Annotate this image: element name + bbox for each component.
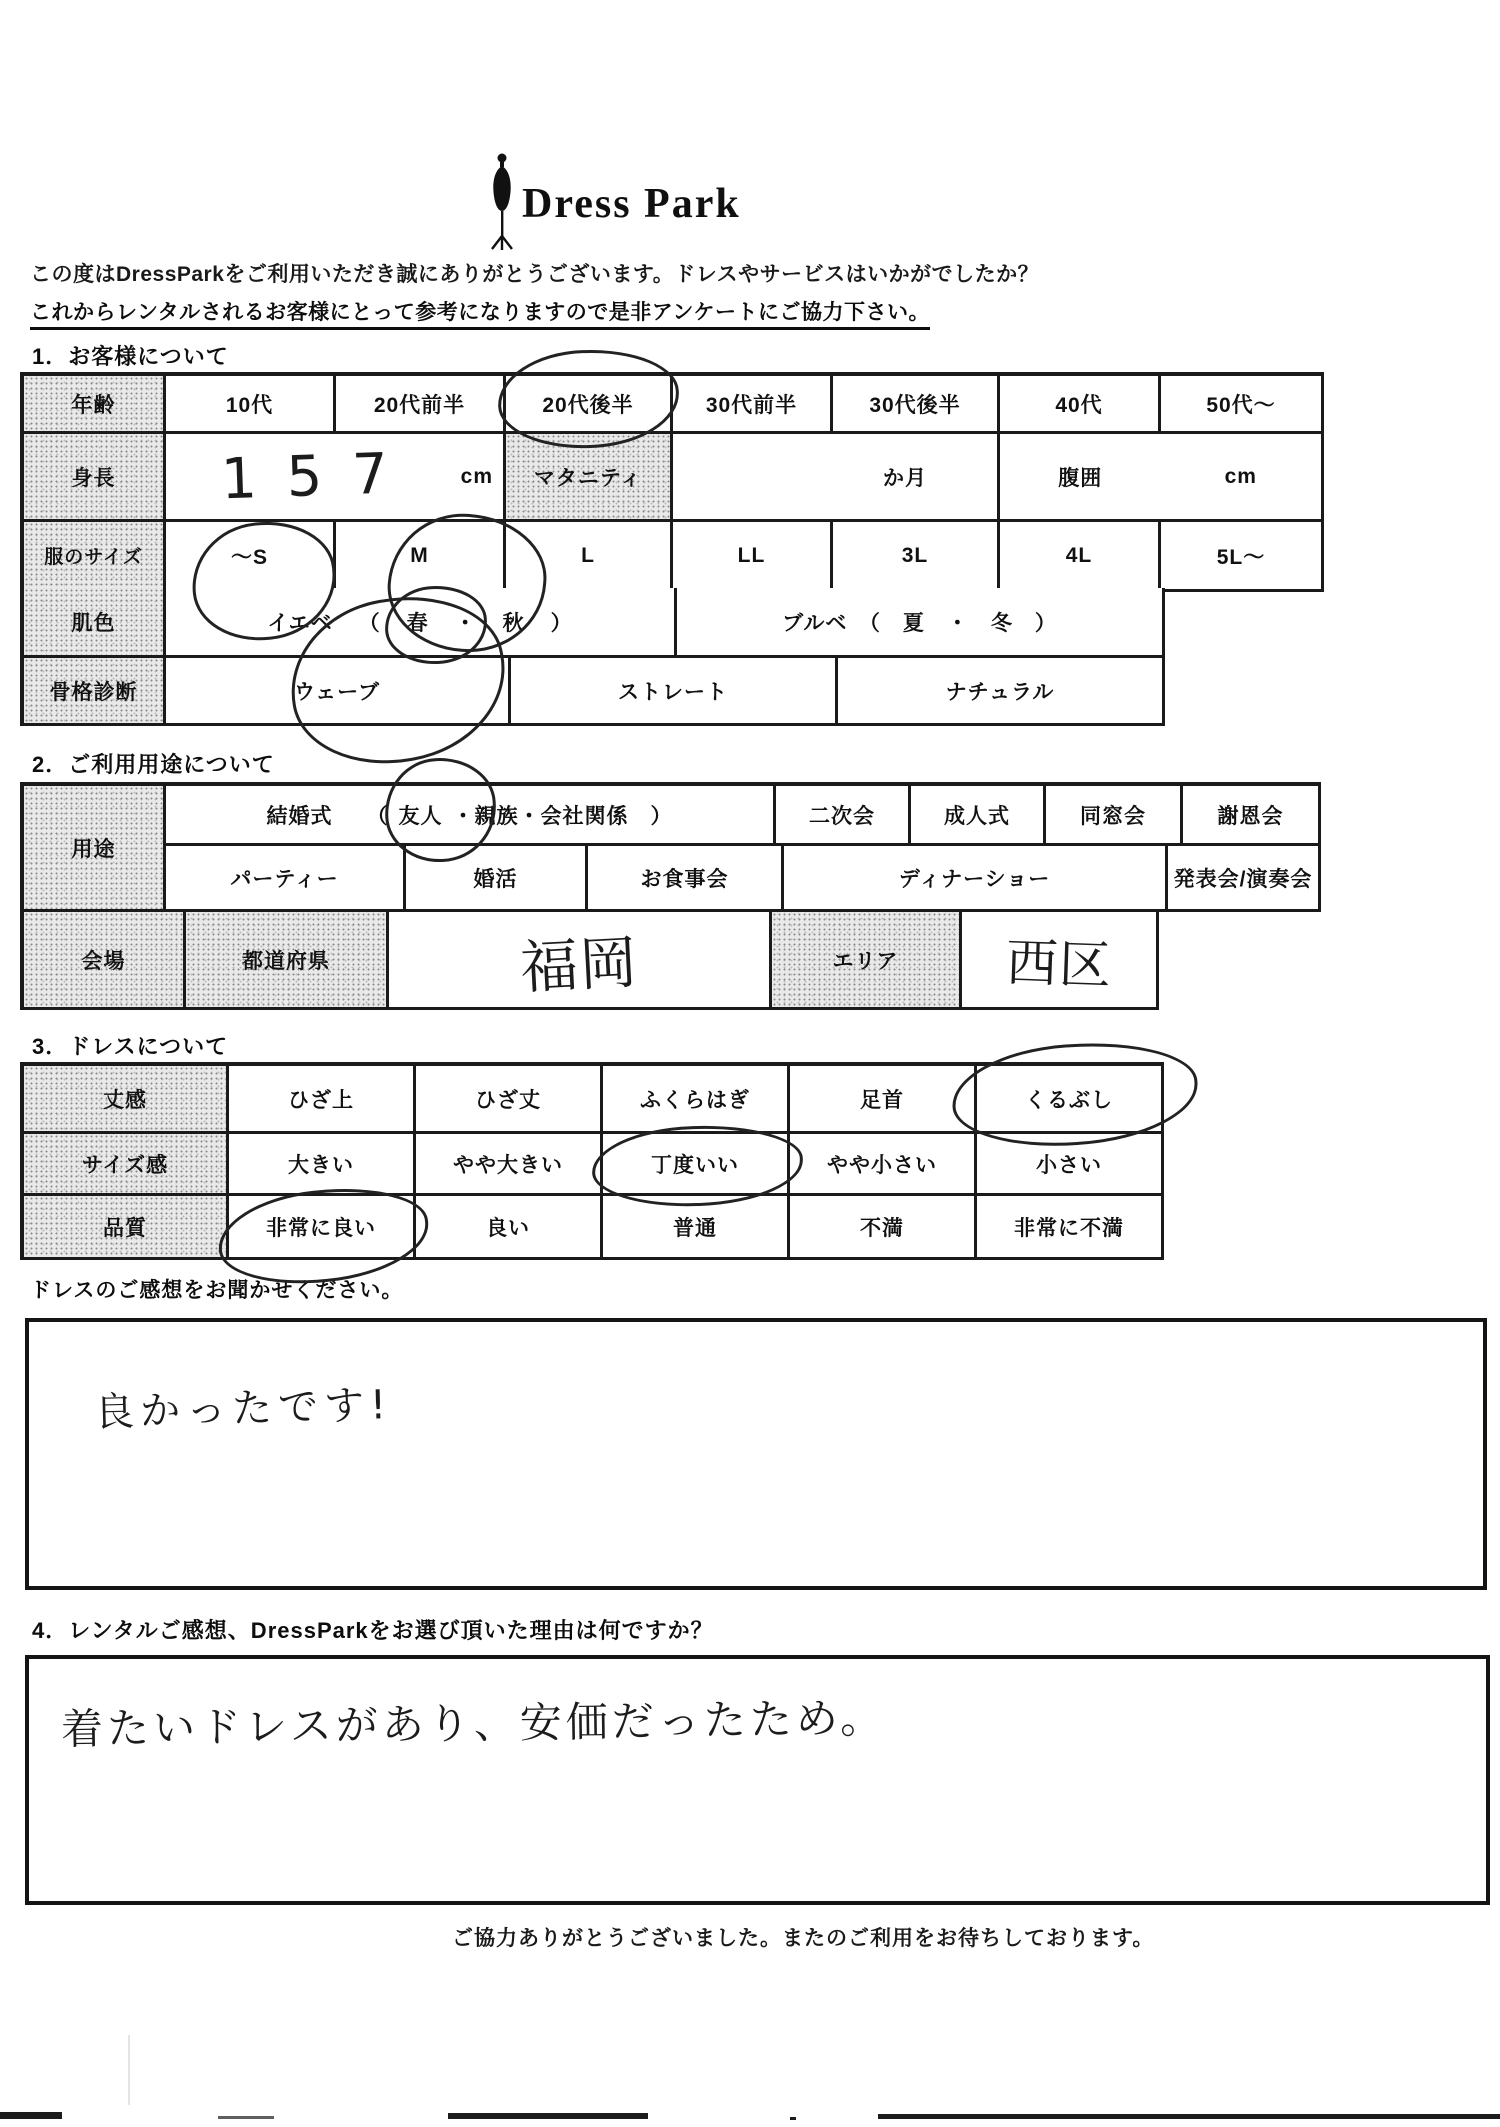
height-row-header: 身長 bbox=[24, 434, 166, 522]
usage-option-konkatsu: 婚活 bbox=[406, 846, 588, 912]
section3-heading: 3．ドレスについて bbox=[32, 1030, 228, 1061]
skin-row-header: 肌色 bbox=[24, 588, 166, 658]
length-option-above-knee: ひざ上 bbox=[229, 1066, 416, 1134]
size-option-s: ～S bbox=[166, 522, 336, 592]
usage-option-recital: 発表会/演奏会 bbox=[1168, 846, 1321, 912]
quality-option-very-good: 非常に良い bbox=[229, 1196, 416, 1260]
skin-tone-row: 肌色 イエベ （ 春 ・ 秋 ） ブルベ （ 夏 ・ 冬 ） bbox=[24, 588, 1165, 658]
usage-option-coming-of-age: 成人式 bbox=[911, 786, 1046, 846]
rental-reason-handwritten: 着たいドレスがあり、安価だったため。 bbox=[61, 1685, 887, 1757]
height-unit: cm bbox=[461, 465, 493, 489]
fit-option-just-right: 丁度いい bbox=[603, 1134, 790, 1196]
size-option-ll: LL bbox=[673, 522, 833, 592]
paren-close: ） bbox=[551, 607, 573, 637]
waist-unit: cm bbox=[1161, 465, 1322, 489]
prefecture-value-cell: 福岡 bbox=[389, 912, 772, 1010]
scan-artifact-line bbox=[448, 2113, 648, 2119]
height-value-cell: 157 cm bbox=[166, 434, 506, 522]
dress-form-logo-icon bbox=[487, 152, 517, 252]
brand-name: Dress Park bbox=[522, 180, 741, 228]
prefecture-label: 都道府県 bbox=[186, 912, 389, 1010]
quality-header: 品質 bbox=[24, 1196, 229, 1260]
customer-table: 年齢 10代 20代前半 20代後半 30代前半 30代後半 40代 50代～ … bbox=[20, 372, 1324, 592]
age-option-40s: 40代 bbox=[1000, 376, 1161, 434]
age-option-50s: 50代～ bbox=[1161, 376, 1324, 434]
fit-option-big: 大きい bbox=[229, 1134, 416, 1196]
size-option-5l: 5L～ bbox=[1161, 522, 1324, 592]
blue-base-cell: ブルベ （ 夏 ・ 冬 ） bbox=[677, 588, 1165, 658]
usage-option-dinner-meeting: お食事会 bbox=[588, 846, 784, 912]
usage-option-dinner-show: ディナーショー bbox=[784, 846, 1168, 912]
waist-label: 腹囲 bbox=[1000, 462, 1161, 492]
prefecture-handwritten-value: 福岡 bbox=[518, 914, 640, 1004]
size-row-header: 服のサイズ bbox=[24, 522, 166, 592]
size-option-4l: 4L bbox=[1000, 522, 1161, 592]
bone-row-header: 骨格診断 bbox=[24, 658, 166, 726]
size-option-3l: 3L bbox=[833, 522, 1000, 592]
scan-artifact-line bbox=[790, 2117, 796, 2120]
quality-option-normal: 普通 bbox=[603, 1196, 790, 1260]
dress-comment-handwritten: 良かったです! bbox=[93, 1373, 392, 1438]
length-row: 丈感 ひざ上 ひざ丈 ふくらはぎ 足首 くるぶし bbox=[24, 1066, 1164, 1134]
wedding-paren-open: （ bbox=[367, 800, 389, 830]
area-handwritten-value: 西区 bbox=[1005, 920, 1114, 999]
quality-row: 品質 非常に良い 良い 普通 不満 非常に不満 bbox=[24, 1196, 1164, 1260]
footer-thanks: ご協力ありがとうございました。またのご利用をお待ちしております。 bbox=[452, 1922, 1154, 1952]
section1-heading: 1．お客様について bbox=[32, 340, 229, 371]
height-handwritten-value: 157 bbox=[220, 441, 419, 513]
usage-option-reunion: 同窓会 bbox=[1046, 786, 1183, 846]
autumn-option: 秋 bbox=[503, 607, 525, 637]
usage-row-1: 結婚式 （ 友人 ・親族・会社関係 ） 二次会 成人式 同窓会 謝恩会 bbox=[166, 786, 1321, 846]
wedding-label: 結婚式 bbox=[267, 800, 333, 830]
area-value-cell: 西区 bbox=[962, 912, 1159, 1010]
age-option-10s: 10代 bbox=[166, 376, 336, 434]
scanned-survey-page: Dress Park この度はDressParkをご利用いただき誠にありがとうご… bbox=[0, 0, 1500, 2127]
length-option-ankle: 足首 bbox=[790, 1066, 977, 1134]
scan-artifact-streak bbox=[128, 2035, 130, 2105]
height-row: 身長 157 cm マタニティ か月 腹囲 cm bbox=[24, 434, 1324, 522]
separator-dot: ・ bbox=[455, 607, 477, 637]
dress-comment-box: 良かったです! bbox=[25, 1318, 1487, 1590]
dress-table: 丈感 ひざ上 ひざ丈 ふくらはぎ 足首 くるぶし サイズ感 大きい やや大きい … bbox=[20, 1062, 1164, 1260]
age-option-late30s: 30代後半 bbox=[833, 376, 1000, 434]
dress-comment-label: ドレスのご感想をお聞かせください。 bbox=[30, 1274, 403, 1304]
rental-reason-box: 着たいドレスがあり、安価だったため。 bbox=[25, 1655, 1490, 1905]
intro-line-2: これからレンタルされるお客様にとって参考になりますので是非アンケートにご協力下さ… bbox=[30, 301, 930, 330]
paren-open: （ bbox=[359, 607, 381, 637]
yellow-base-cell: イエベ （ 春 ・ 秋 ） bbox=[166, 588, 677, 658]
size-option-l: L bbox=[506, 522, 673, 592]
length-option-knee: ひざ丈 bbox=[416, 1066, 603, 1134]
bone-option-straight: ストレート bbox=[511, 658, 838, 726]
scan-artifact-line bbox=[218, 2116, 274, 2119]
wedding-cell: 結婚式 （ 友人 ・親族・会社関係 ） bbox=[166, 786, 776, 846]
fit-row: サイズ感 大きい やや大きい 丁度いい やや小さい 小さい bbox=[24, 1134, 1164, 1196]
customer-table-lower: 肌色 イエベ （ 春 ・ 秋 ） ブルベ （ 夏 ・ 冬 ） 骨格診断 ウェーブ… bbox=[20, 588, 1165, 726]
waist-cell: 腹囲 cm bbox=[1000, 434, 1324, 522]
fit-header: サイズ感 bbox=[24, 1134, 229, 1196]
quality-option-dissatisfied: 不満 bbox=[790, 1196, 977, 1260]
intro-line-1: この度はDressParkをご利用いただき誠にありがとうございます。ドレスやサー… bbox=[30, 258, 1039, 288]
usage-table: 用途 結婚式 （ 友人 ・親族・会社関係 ） 二次会 成人式 同窓会 謝恩会 パ… bbox=[20, 782, 1321, 1010]
age-option-early30s: 30代前半 bbox=[673, 376, 833, 434]
bone-option-wave: ウェーブ bbox=[166, 658, 511, 726]
age-option-late20s: 20代後半 bbox=[506, 376, 673, 434]
wedding-friend-option: 友人 bbox=[399, 800, 443, 830]
length-header: 丈感 bbox=[24, 1066, 229, 1134]
age-row: 年齢 10代 20代前半 20代後半 30代前半 30代後半 40代 50代～ bbox=[24, 376, 1324, 434]
wedding-rest: ・親族・会社関係 ） bbox=[453, 800, 673, 830]
venue-header: 会場 bbox=[24, 912, 186, 1010]
usage-row-2: パーティー 婚活 お食事会 ディナーショー 発表会/演奏会 bbox=[166, 846, 1321, 912]
scan-artifact-line bbox=[878, 2114, 1500, 2119]
age-row-header: 年齢 bbox=[24, 376, 166, 434]
fit-option-small: 小さい bbox=[977, 1134, 1164, 1196]
bone-option-natural: ナチュラル bbox=[838, 658, 1165, 726]
length-option-calf: ふくらはぎ bbox=[603, 1066, 790, 1134]
usage-header: 用途 bbox=[24, 786, 166, 912]
age-option-early20s: 20代前半 bbox=[336, 376, 506, 434]
usage-option-afterparty: 二次会 bbox=[776, 786, 911, 846]
fit-option-slightly-small: やや小さい bbox=[790, 1134, 977, 1196]
fit-option-slightly-big: やや大きい bbox=[416, 1134, 603, 1196]
maternity-label: マタニティ bbox=[506, 434, 673, 522]
area-label: エリア bbox=[772, 912, 962, 1010]
usage-option-party: パーティー bbox=[166, 846, 406, 912]
usage-option-thanksgiving: 謝恩会 bbox=[1183, 786, 1321, 846]
bone-structure-row: 骨格診断 ウェーブ ストレート ナチュラル bbox=[24, 658, 1165, 726]
length-option-anklebone: くるぶし bbox=[977, 1066, 1164, 1134]
months-label: か月 bbox=[883, 462, 927, 492]
spring-option: 春 bbox=[407, 607, 429, 637]
usage-rows: 用途 結婚式 （ 友人 ・親族・会社関係 ） 二次会 成人式 同窓会 謝恩会 パ… bbox=[24, 786, 1321, 912]
scan-artifact-line bbox=[0, 2112, 62, 2119]
section4-heading: 4．レンタルご感想、DressParkをお選び頂いた理由は何ですか？ bbox=[32, 1614, 714, 1645]
quality-option-very-dissatisfied: 非常に不満 bbox=[977, 1196, 1164, 1260]
quality-option-good: 良い bbox=[416, 1196, 603, 1260]
maternity-months-cell: か月 bbox=[673, 434, 1000, 522]
venue-row: 会場 都道府県 福岡 エリア 西区 bbox=[24, 912, 1321, 1010]
section2-heading: 2．ご利用用途について bbox=[32, 748, 275, 779]
yellow-base-label: イエベ bbox=[267, 607, 332, 637]
clothing-size-row: 服のサイズ ～S M L LL 3L 4L 5L～ bbox=[24, 522, 1324, 592]
size-option-m: M bbox=[336, 522, 506, 592]
